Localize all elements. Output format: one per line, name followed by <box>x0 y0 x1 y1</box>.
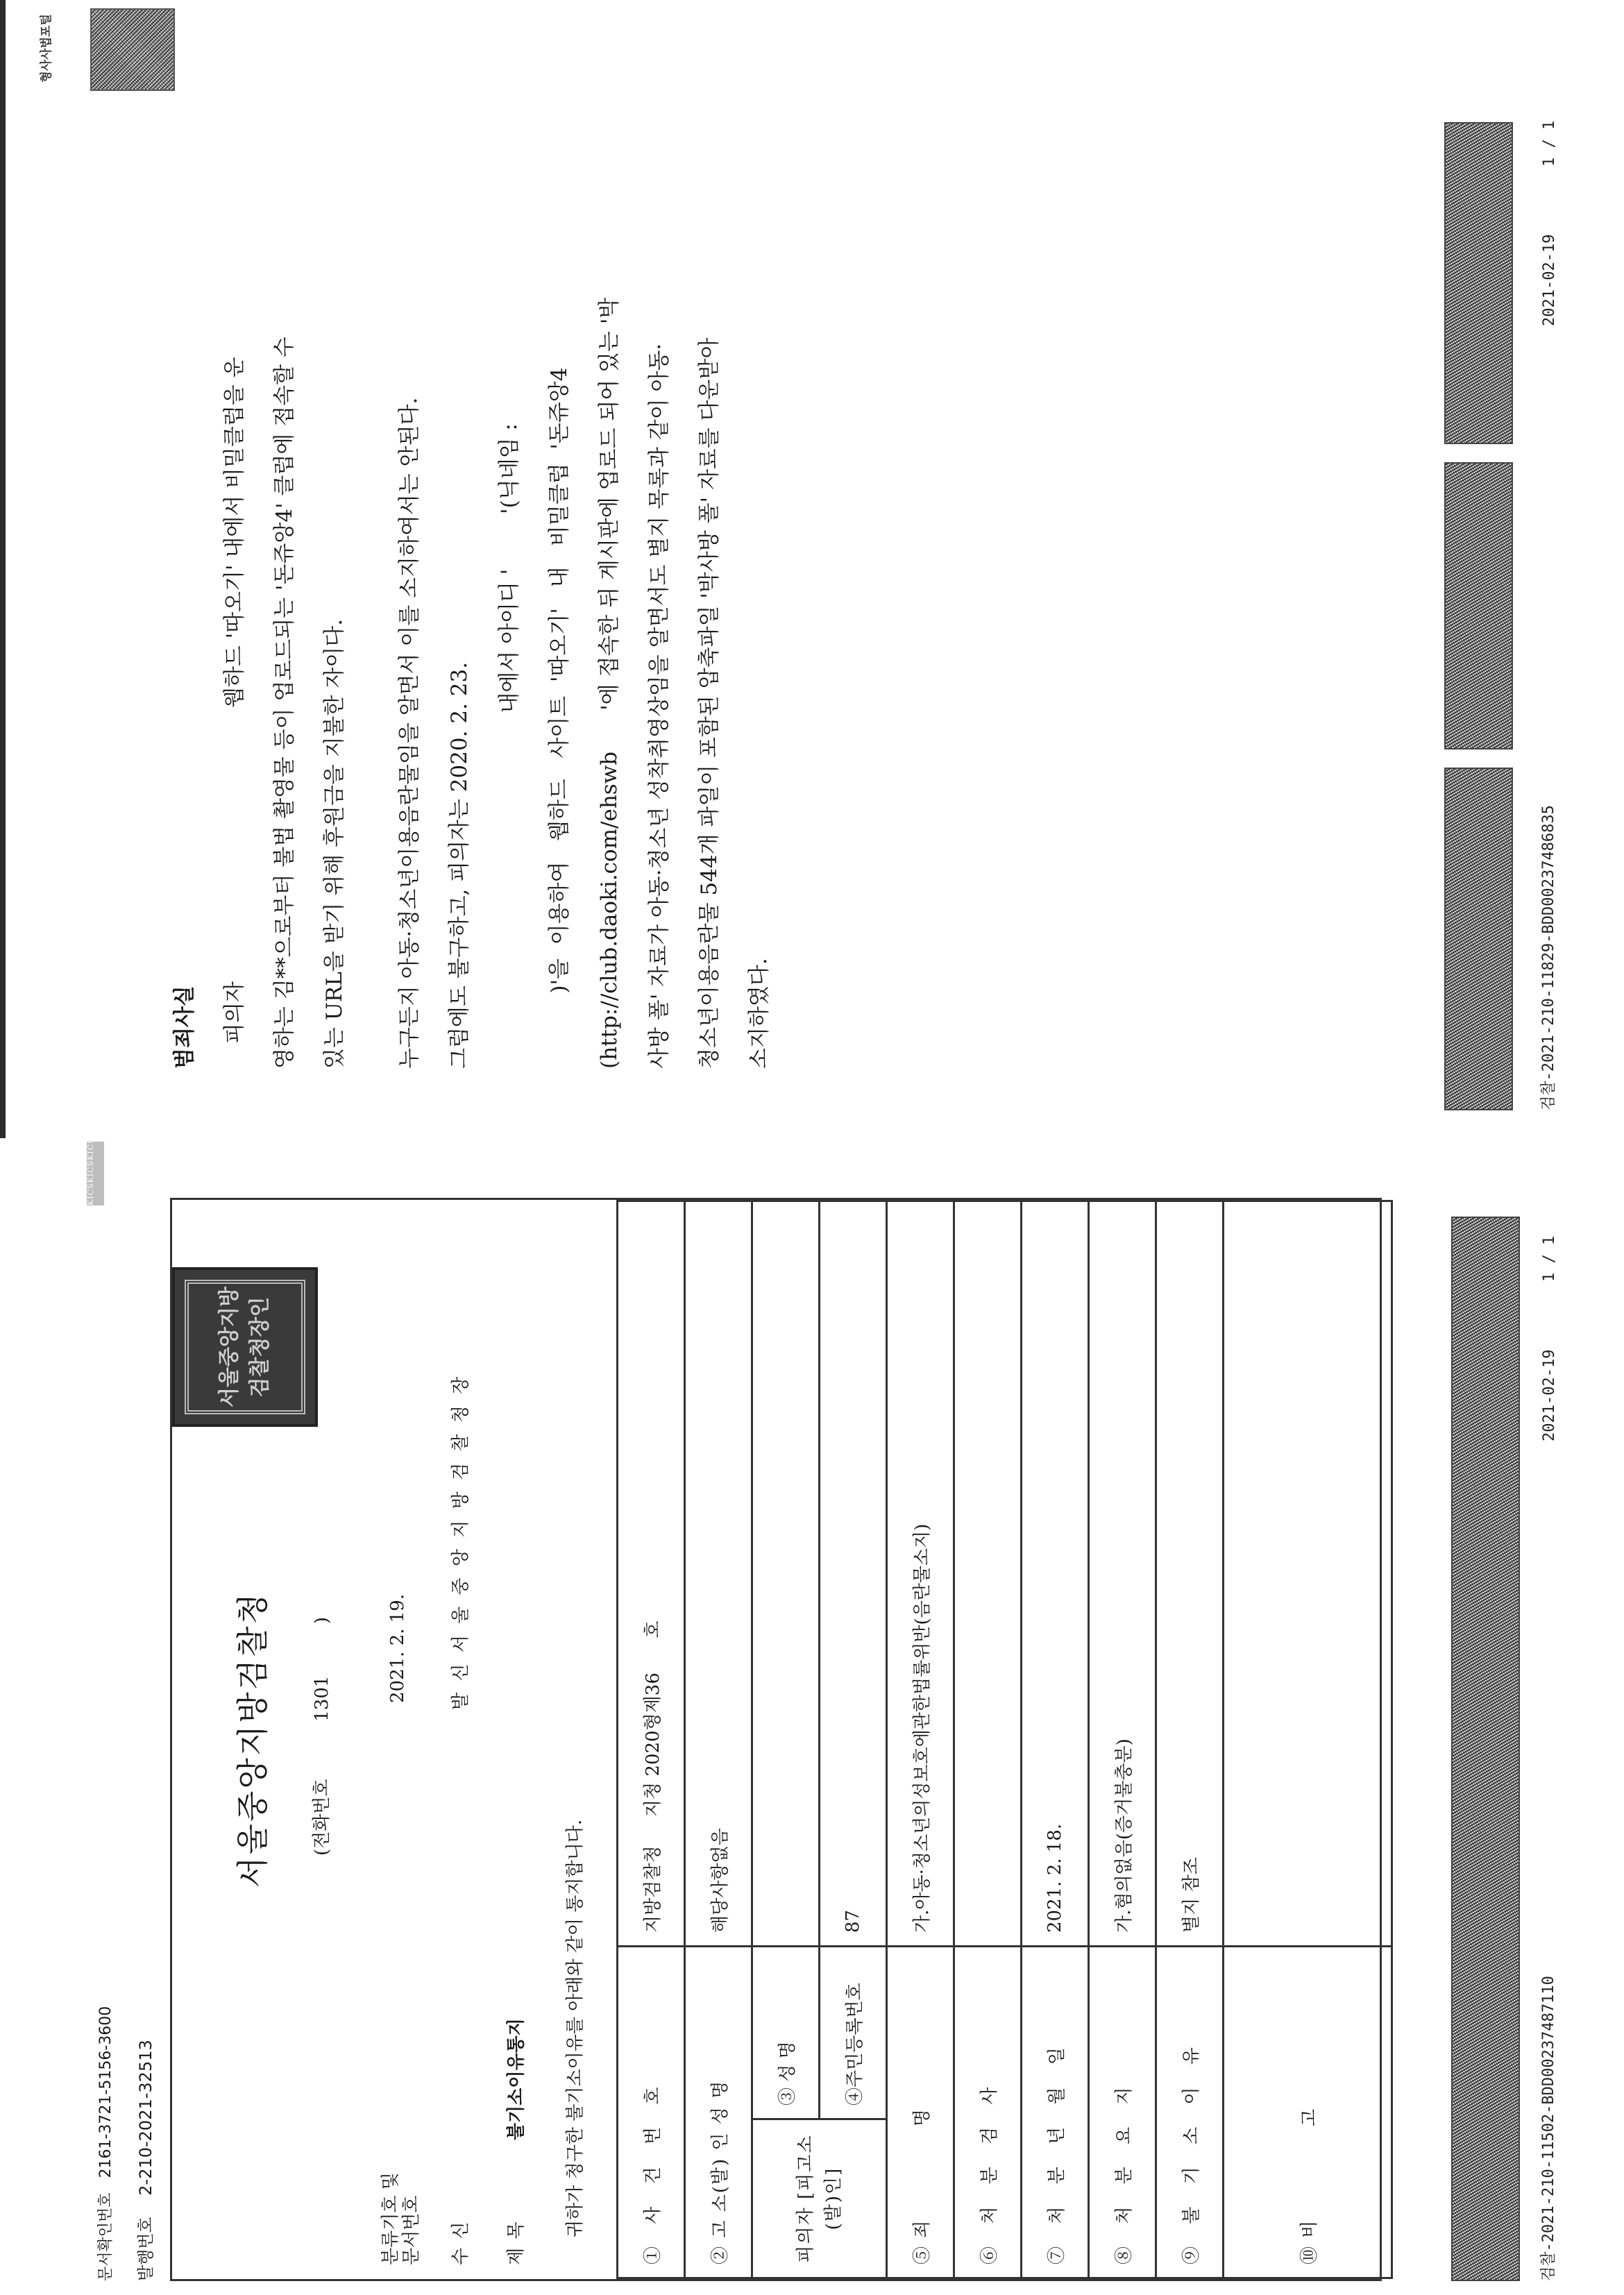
crime-facts-heading: 범죄사실 <box>160 56 210 1069</box>
issue-label: 발행번호 <box>136 2217 155 2281</box>
phone-line: (전화번호 1301 ) <box>307 1617 333 1856</box>
notice-date: 2021. 2. 19. <box>387 1594 408 1703</box>
official-seal: 서울중앙지방검찰청장인 <box>172 1267 318 1427</box>
footer-date: 2021-02-19 <box>1541 1350 1558 1441</box>
phone-label: (전화번호 <box>312 1779 332 1856</box>
crime-facts-body: 범죄사실 피의자 웹하드 '따오기' 내에서 비밀클럽을 운 영하는 김**으로… <box>160 56 784 1069</box>
notice-frame: 서울중앙지방검찰청 (전화번호 1301 ) 분류기호 및 문서번호 2021.… <box>170 1198 1382 2281</box>
case-no-value: 지방검찰청 지청 2020형제36 호 <box>618 1201 685 1947</box>
intro-text: 귀하가 청구한 불기소이유를 아래와 같이 통지합니다. <box>561 1820 586 2237</box>
remarks-value <box>1224 1201 1392 1947</box>
suspect-group-label: 피의자 [피고소(발)인] <box>752 2119 887 2278</box>
table-row: ⑥ 처 분 검 사 <box>954 1201 1022 2278</box>
phone-value: 1301 <box>312 1676 332 1722</box>
table-row: ⑧ 처 분 요 지 가.혐의없음(증거불충분) <box>1089 1201 1156 2278</box>
crime-value: 가.아동·청소년의성보호에관한법률위반(음란물소지) <box>887 1201 954 1947</box>
issue-value: 2-210-2021-32513 <box>136 2040 155 2195</box>
name-label: ③ 성 명 <box>752 1947 820 2119</box>
recipient-label: 수 신 <box>446 2221 472 2266</box>
facts-line: 그럼에도 불구하고, 피의자는 2020. 2. 23. <box>434 56 484 1069</box>
name-value <box>752 1201 820 1947</box>
security-barcode <box>1451 1217 1520 2281</box>
disposal-date-label: ⑦ 처 분 년 월 일 <box>1022 1947 1089 2278</box>
reason-value: 별지 참조 <box>1156 1201 1224 1947</box>
table-row: ① 사 건 번 호 지방검찰청 지청 2020형제36 호 <box>618 1201 685 2278</box>
doc-confirm-label: 문서확인번호 <box>97 2192 115 2281</box>
portal-label: 형사사법포털 <box>36 8 53 88</box>
facts-line: 있는 URL을 받기 위해 후원금을 지불한 자이다. <box>310 56 360 1069</box>
table-row: ⑤ 죄 명 가.아동·청소년의성보호에관한법률위반(음란물소지) <box>887 1201 954 2278</box>
disposal-date-value: 2021. 2. 18. <box>1022 1201 1089 1947</box>
table-row: ⑩ 비 고 <box>1224 1201 1392 2278</box>
facts-line: (http://club.daoki.com/ehswb '에 접속한 뒤 게시… <box>584 56 634 1069</box>
security-barcode <box>1444 462 1513 750</box>
disposal-summary-value: 가.혐의없음(증거불충분) <box>1089 1201 1156 1947</box>
doc-confirm-value: 2161-3721-5156-3600 <box>97 2006 115 2178</box>
facts-line: 피의자 웹하드 '따오기' 내에서 비밀클럽을 운 <box>210 56 260 1069</box>
table-row: ④주민등록번호 87 <box>820 1201 887 2278</box>
complainant-value: 해당사항없음 <box>685 1201 752 1947</box>
facts-line: 내에서 아이디 ' '(닉네임 : <box>484 56 534 1069</box>
crime-facts-page: 형사사법포털 범죄사실 피의자 웹하드 '따오기' 내에서 비밀클럽을 운 영하… <box>0 0 1624 1138</box>
classification-label: 분류기호 및 문서번호 <box>380 2161 422 2265</box>
facts-line: 사방 폴' 자료가 아동·청소년 성착취영상임을 알면서도 별지 목록과 같이 … <box>634 56 684 1069</box>
footer-page: 1 / 1 <box>1541 1236 1558 1282</box>
page-edge <box>0 0 6 1138</box>
footer-date: 2021-02-19 <box>1541 235 1558 326</box>
prosecutor-label: ⑥ 처 분 검 사 <box>954 1947 1022 2278</box>
seal-text: 서울중앙지방검찰청장인 <box>189 1284 301 1410</box>
issue-number: 발행번호 2-210-2021-32513 <box>132 2040 156 2281</box>
subject: 불기소이유통지 <box>502 2018 527 2140</box>
subject-label: 제 목 <box>502 2221 527 2266</box>
reason-label: ⑨ 불 기 소 이 유 <box>1156 1947 1224 2278</box>
facts-line: 누구든지 아동·청소년이용음란물임을 알면서 이를 소지하여서는 안된다. <box>384 56 434 1069</box>
facts-line: 소지하였다. <box>734 56 784 1069</box>
table-row: 피의자 [피고소(발)인] ③ 성 명 <box>752 1201 820 2278</box>
facts-line: 청소년이용음란물 544개 파일이 포함된 압축파일 '박사방 폴' 자료를 다… <box>684 56 734 1069</box>
doc-confirm-number: 문서확인번호 2161-3721-5156-3600 <box>94 2006 115 2281</box>
notice-table: ① 사 건 번 호 지방검찰청 지청 2020형제36 호 ② 고 소(발) 인… <box>616 1200 1393 2279</box>
prosecutor-value <box>954 1201 1022 1947</box>
facts-line: )'을 이용하여 웹하드 사이트 '따오기' 내 비밀클럽 '돈쥬앙4 <box>534 56 584 1069</box>
phone-close: ) <box>312 1617 332 1624</box>
table-row: ② 고 소(발) 인 성 명 해당사항없음 <box>685 1201 752 2278</box>
rrn-value: 87 <box>820 1201 887 1947</box>
security-barcode <box>1444 122 1513 444</box>
crime-label: ⑤ 죄 명 <box>887 1947 954 2278</box>
case-no-label: ① 사 건 번 호 <box>618 1947 685 2278</box>
footer-doc-code: 검찰-2021-210-11829-BDD00237486835 <box>1537 805 1558 1110</box>
disposal-summary-label: ⑧ 처 분 요 지 <box>1089 1947 1156 2278</box>
facts-line: 영하는 김**으로부터 불법 촬영물 등이 업로드되는 '돈쥬앙4' 클럽에 접… <box>260 56 310 1069</box>
security-barcode <box>1444 768 1513 1110</box>
table-row: ⑦ 처 분 년 월 일 2021. 2. 18. <box>1022 1201 1089 2278</box>
notice-page: KICSKICSKICS 문서확인번호 2161-3721-5156-3600 … <box>0 1180 1624 2295</box>
kics-watermark: KICSKICSKICS <box>87 1142 104 1205</box>
remarks-label: ⑩ 비 고 <box>1224 1947 1392 2278</box>
sender: 발 신 서 울 중 앙 지 방 검 찰 청 장 <box>446 1374 472 1710</box>
footer-doc-code: 검찰-2021-210-11502-BDD00237487110 <box>1537 1976 1558 2281</box>
table-row: ⑨ 불 기 소 이 유 별지 참조 <box>1156 1201 1224 2278</box>
rrn-label: ④주민등록번호 <box>820 1947 887 2119</box>
footer-page: 1 / 1 <box>1541 121 1558 167</box>
complainant-label: ② 고 소(발) 인 성 명 <box>685 1947 752 2278</box>
